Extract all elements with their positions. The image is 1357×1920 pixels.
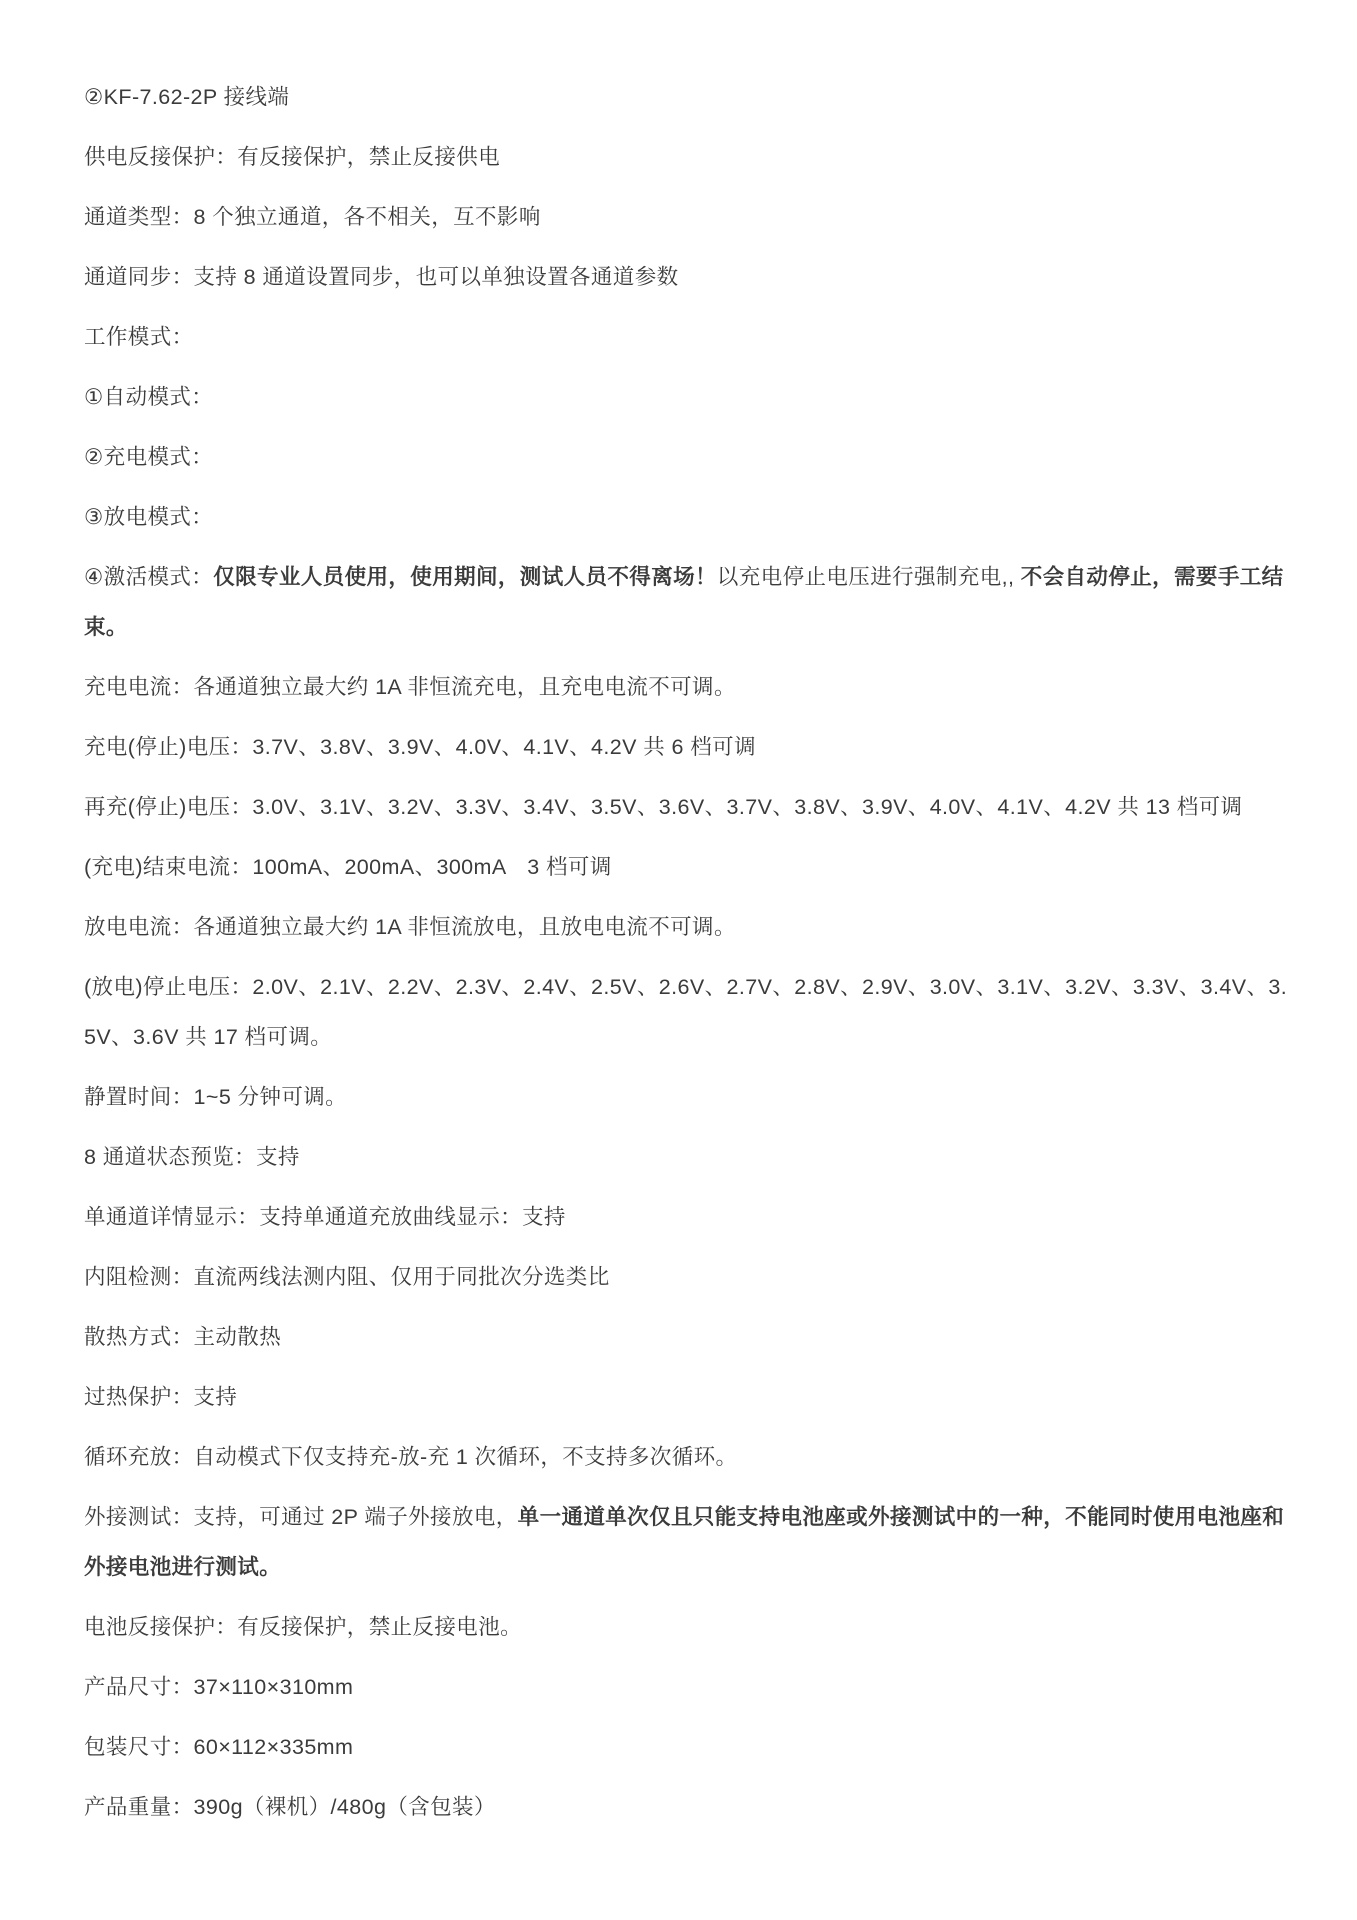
spec-text: 单通道详情显示：支持单通道充放曲线显示：支持: [84, 1205, 566, 1229]
line-external-test: 外接测试：支持，可通过 2P 端子外接放电，单一通道单次仅且只能支持电池座或外接…: [84, 1492, 1295, 1592]
spec-text: 以充电停止电压进行强制充电,,: [717, 565, 1021, 589]
spec-text: 电池反接保护：有反接保护，禁止反接电池。: [84, 1615, 522, 1639]
spec-text: 包装尺寸：60×112×335mm: [84, 1735, 353, 1759]
line-overheat-protection: 过热保护：支持: [84, 1372, 1295, 1422]
spec-text: 工作模式：: [84, 325, 194, 349]
spec-text: 过热保护：支持: [84, 1385, 237, 1409]
line-package-size: 包装尺寸：60×112×335mm: [84, 1722, 1295, 1772]
line-discharge-current: 放电电流：各通道独立最大约 1A 非恒流放电，且放电电流不可调。: [84, 902, 1295, 952]
spec-text: ②充电模式：: [84, 445, 213, 469]
spec-text: 散热方式：主动散热: [84, 1325, 281, 1349]
document-page: ②KF-7.62-2P 接线端 供电反接保护：有反接保护，禁止反接供电 通道类型…: [0, 0, 1357, 1920]
spec-text: 静置时间：1~5 分钟可调。: [84, 1085, 347, 1109]
line-discharge-mode: ③放电模式：: [84, 492, 1295, 542]
line-battery-reverse-protection: 电池反接保护：有反接保护，禁止反接电池。: [84, 1602, 1295, 1652]
spec-text: 再充(停止)电压：3.0V、3.1V、3.2V、3.3V、3.4V、3.5V、3…: [84, 795, 1242, 819]
line-charge-current: 充电电流：各通道独立最大约 1A 非恒流充电，且充电电流不可调。: [84, 662, 1295, 712]
spec-text: (充电)结束电流：100mA、200mA、300mA 3 档可调: [84, 855, 612, 879]
line-recharge-stop-voltage: 再充(停止)电压：3.0V、3.1V、3.2V、3.3V、3.4V、3.5V、3…: [84, 782, 1295, 832]
line-charge-mode: ②充电模式：: [84, 432, 1295, 482]
spec-text: 外接测试：支持，可通过 2P 端子外接放电，: [84, 1505, 518, 1529]
line-terminal-type: ②KF-7.62-2P 接线端: [84, 72, 1295, 122]
warning-text: 仅限专业人员使用，使用期间，测试人员不得离场！: [213, 565, 717, 589]
line-discharge-stop-voltage: (放电)停止电压：2.0V、2.1V、2.2V、2.3V、2.4V、2.5V、2…: [84, 962, 1295, 1062]
spec-text: ③放电模式：: [84, 505, 213, 529]
line-internal-resistance: 内阻检测：直流两线法测内阻、仅用于同批次分选类比: [84, 1252, 1295, 1302]
spec-text: ②KF-7.62-2P 接线端: [84, 85, 289, 109]
line-channel-type: 通道类型：8 个独立通道，各不相关，互不影响: [84, 192, 1295, 242]
line-cooling-method: 散热方式：主动散热: [84, 1312, 1295, 1362]
spec-text: 通道类型：8 个独立通道，各不相关，互不影响: [84, 205, 541, 229]
spec-text: 循环充放：自动模式下仅支持充-放-充 1 次循环，不支持多次循环。: [84, 1445, 737, 1469]
spec-text: 供电反接保护：有反接保护，禁止反接供电: [84, 145, 500, 169]
line-product-size: 产品尺寸：37×110×310mm: [84, 1662, 1295, 1712]
spec-text: (放电)停止电压：2.0V、2.1V、2.2V、2.3V、2.4V、2.5V、2…: [84, 975, 1287, 1049]
spec-text: 内阻检测：直流两线法测内阻、仅用于同批次分选类比: [84, 1265, 610, 1289]
line-auto-mode: ①自动模式：: [84, 372, 1295, 422]
spec-text: ①自动模式：: [84, 385, 213, 409]
spec-text: 充电电流：各通道独立最大约 1A 非恒流充电，且充电电流不可调。: [84, 675, 736, 699]
line-work-mode: 工作模式：: [84, 312, 1295, 362]
line-channel-sync: 通道同步：支持 8 通道设置同步，也可以单独设置各通道参数: [84, 252, 1295, 302]
spec-text: 产品重量：390g（裸机）/480g（含包装）: [84, 1795, 496, 1819]
line-8ch-status-preview: 8 通道状态预览：支持: [84, 1132, 1295, 1182]
spec-text: 放电电流：各通道独立最大约 1A 非恒流放电，且放电电流不可调。: [84, 915, 736, 939]
line-single-channel-detail: 单通道详情显示：支持单通道充放曲线显示：支持: [84, 1192, 1295, 1242]
spec-text: 充电(停止)电压：3.7V、3.8V、3.9V、4.0V、4.1V、4.2V 共…: [84, 735, 756, 759]
spec-text: 通道同步：支持 8 通道设置同步，也可以单独设置各通道参数: [84, 265, 679, 289]
spec-text: 产品尺寸：37×110×310mm: [84, 1675, 353, 1699]
line-power-reverse-protection: 供电反接保护：有反接保护，禁止反接供电: [84, 132, 1295, 182]
line-charge-stop-voltage: 充电(停止)电压：3.7V、3.8V、3.9V、4.0V、4.1V、4.2V 共…: [84, 722, 1295, 772]
spec-text: ④激活模式：: [84, 565, 213, 589]
line-product-weight: 产品重量：390g（裸机）/480g（含包装）: [84, 1782, 1295, 1832]
spec-text: 8 通道状态预览：支持: [84, 1145, 300, 1169]
line-activation-mode: ④激活模式：仅限专业人员使用，使用期间，测试人员不得离场！以充电停止电压进行强制…: [84, 552, 1295, 652]
line-cycle-charge-discharge: 循环充放：自动模式下仅支持充-放-充 1 次循环，不支持多次循环。: [84, 1432, 1295, 1482]
line-rest-time: 静置时间：1~5 分钟可调。: [84, 1072, 1295, 1122]
line-charge-end-current: (充电)结束电流：100mA、200mA、300mA 3 档可调: [84, 842, 1295, 892]
